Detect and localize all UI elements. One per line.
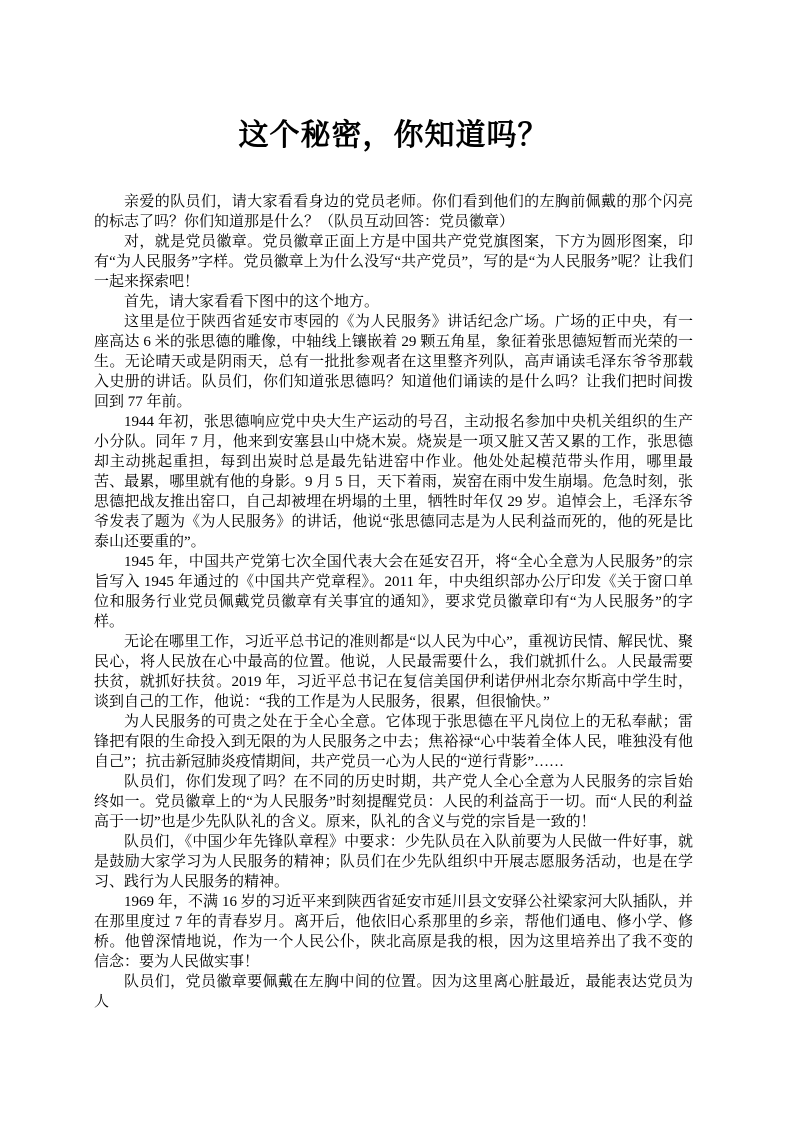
- paragraph-5: 1944 年初，张思德响应党中央大生产运动的号召，主动报名参加中央机关组织的生产…: [94, 412, 693, 552]
- paragraph-4: 这里是位于陕西省延安市枣园的《为人民服务》讲话纪念广场。广场的正中央，有一座高达…: [94, 312, 693, 412]
- paragraph-10: 队员们，《中国少年先锋队章程》中要求：少先队员在入队前要为人民做一件好事，就是鼓…: [94, 832, 693, 892]
- paragraph-6: 1945 年，中国共产党第七次全国代表大会在延安召开，将“全心全意为人民服务”的…: [94, 552, 693, 632]
- paragraph-12: 队员们，党员徽章要佩戴在左胸中间的位置。因为这里离心脏最近，最能表达党员为人: [94, 972, 693, 1012]
- paragraph-7: 无论在哪里工作，习近平总书记的准则都是“以人民为中心”，重视访民情、解民忧、聚民…: [94, 632, 693, 712]
- paragraph-11: 1969 年，不满 16 岁的习近平来到陕西省延安市延川县文安驿公社梁家河大队插…: [94, 892, 693, 972]
- document-page: 这个秘密，你知道吗？ 亲爱的队员们，请大家看看身边的党员老师。你们看到他们的左胸…: [0, 0, 793, 1122]
- paragraph-1: 亲爱的队员们，请大家看看身边的党员老师。你们看到他们的左胸前佩戴的那个闪亮的标志…: [94, 192, 693, 232]
- page-title: 这个秘密，你知道吗？: [94, 116, 693, 156]
- paragraph-8: 为人民服务的可贵之处在于全心全意。它体现于张思德在平凡岗位上的无私奉献；雷锋把有…: [94, 712, 693, 772]
- paragraph-9: 队员们，你们发现了吗？在不同的历史时期，共产党人全心全意为人民服务的宗旨始终如一…: [94, 772, 693, 832]
- paragraph-3: 首先，请大家看看下图中的这个地方。: [94, 292, 693, 312]
- paragraph-2: 对，就是党员徽章。党员徽章正面上方是中国共产党党旗图案，下方为圆形图案，印有“为…: [94, 232, 693, 292]
- document-body: 亲爱的队员们，请大家看看身边的党员老师。你们看到他们的左胸前佩戴的那个闪亮的标志…: [94, 192, 693, 1012]
